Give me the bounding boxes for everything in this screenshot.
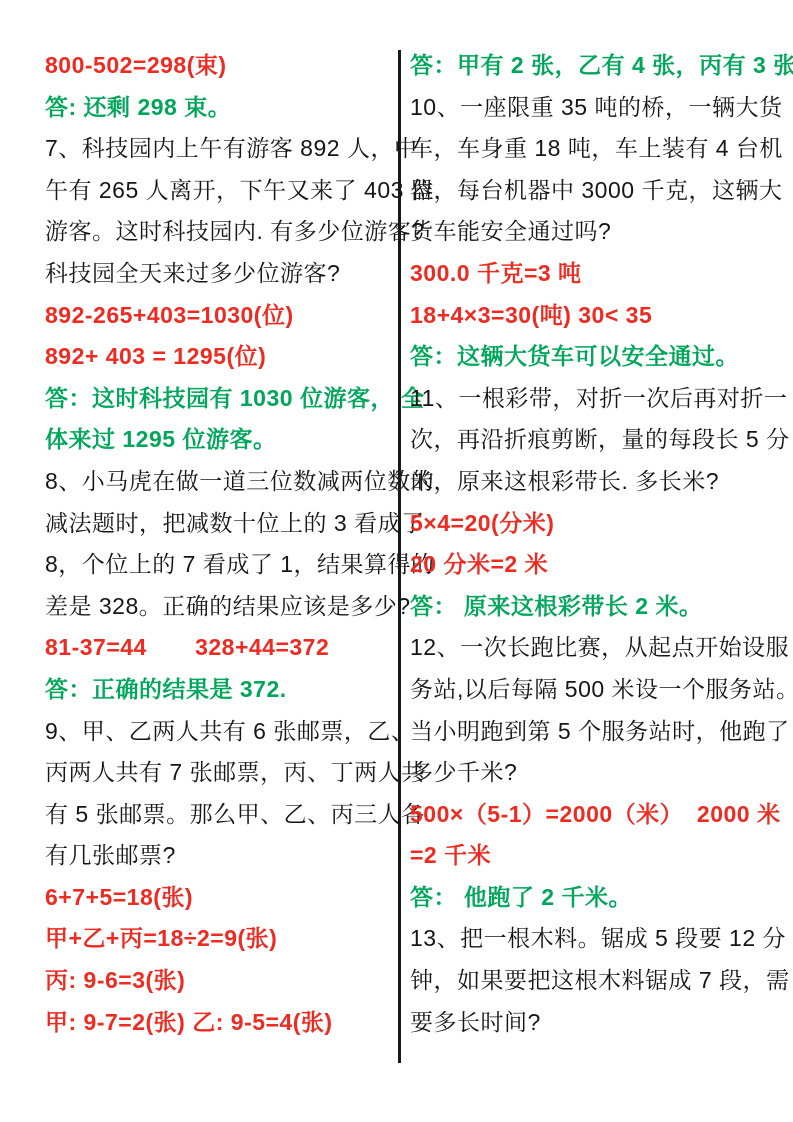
text-line: 800-502=298(束) [45,45,395,87]
text-line: 答：这辆大货车可以安全通过。 [410,336,782,378]
text-line: 8、小马虎在做一道三位数减两位数的 [45,461,395,503]
text-line: 答: 还剩 298 束。 [45,87,395,129]
text-line: 答： 原来这根彩带长 2 米。 [410,586,782,628]
column-divider [398,50,401,1063]
text-line: 科技园全天来过多少位游客? [45,253,395,295]
text-line: 车，车身重 18 吨，车上装有 4 台机 [410,128,782,170]
text-line: =2 千米 [410,835,782,877]
text-line: 游客。这时科技园内. 有多少位游客? [45,211,395,253]
text-line: 体来过 1295 位游客。 [45,419,395,461]
text-line: 10、一座限重 35 吨的桥，一辆大货 [410,87,782,129]
text-line: 甲: 9-7=2(张) 乙: 9-5=4(张) [45,1002,395,1044]
text-line: 次，再沿折痕剪断，量的每段长 5 分 [410,419,782,461]
text-line: 丙两人共有 7 张邮票，丙、丁两人共 [45,752,395,794]
text-line: 8，个位上的 7 看成了 1，结果算得的 [45,544,395,586]
text-line: 9、甲、乙两人共有 6 张邮票，乙、 [45,711,395,753]
text-line: 当小明跑到第 5 个服务站时，他跑了 [410,711,782,753]
text-line: 有 5 张邮票。那么甲、乙、丙三人各 [45,794,395,836]
text-line: 钟，如果要把这根木料锯成 7 段，需 [410,960,782,1002]
text-line: 11、一根彩带，对折一次后再对折一 [410,378,782,420]
text-line: 20 分米=2 米 [410,544,782,586]
text-line: 差是 328。正确的结果应该是多少? [45,586,395,628]
text-line: 892-265+403=1030(位) [45,295,395,337]
text-line: 丙: 9-6=3(张) [45,960,395,1002]
text-line: 答：甲有 2 张，乙有 4 张，丙有 3 张。 [410,45,782,87]
text-line: 米，原来这根彩带长. 多长米? [410,461,782,503]
text-line: 减法题时，把减数十位上的 3 看成了 [45,503,395,545]
column-right: 答：甲有 2 张，乙有 4 张，丙有 3 张。10、一座限重 35 吨的桥，一辆… [410,45,782,1043]
text-line: 器，每台机器中 3000 千克，这辆大 [410,170,782,212]
text-line: 500×（5-1）=2000（米） 2000 米 [410,794,782,836]
text-line: 答：正确的结果是 372. [45,669,395,711]
worksheet-page: 800-502=298(束)答: 还剩 298 束。7、科技园内上午有游客 89… [0,0,793,1122]
text-line: 货车能安全通过吗? [410,211,782,253]
text-line: 午有 265 人离开，下午又来了 403 位 [45,170,395,212]
text-line: 18+4×3=30(吨) 30< 35 [410,295,782,337]
text-line: 多少千米? [410,752,782,794]
text-line: 甲+乙+丙=18÷2=9(张) [45,918,395,960]
text-line: 务站,以后每隔 500 米设一个服务站。 [410,669,782,711]
text-line: 13、把一根木料。锯成 5 段要 12 分 [410,918,782,960]
column-left: 800-502=298(束)答: 还剩 298 束。7、科技园内上午有游客 89… [45,45,395,1043]
text-line: 答： 他跑了 2 千米。 [410,877,782,919]
text-line: 有几张邮票? [45,835,395,877]
text-line: 要多长时间? [410,1002,782,1044]
text-line: 892+ 403 = 1295(位) [45,336,395,378]
text-line: 5×4=20(分米) [410,503,782,545]
text-line: 答：这时科技园有 1030 位游客， 全 [45,378,395,420]
text-line: 81-37=44 328+44=372 [45,627,395,669]
text-line: 12、一次长跑比赛，从起点开始设服 [410,627,782,669]
text-line: 300.0 千克=3 吨 [410,253,782,295]
text-line: 6+7+5=18(张) [45,877,395,919]
text-line: 7、科技园内上午有游客 892 人，中 [45,128,395,170]
